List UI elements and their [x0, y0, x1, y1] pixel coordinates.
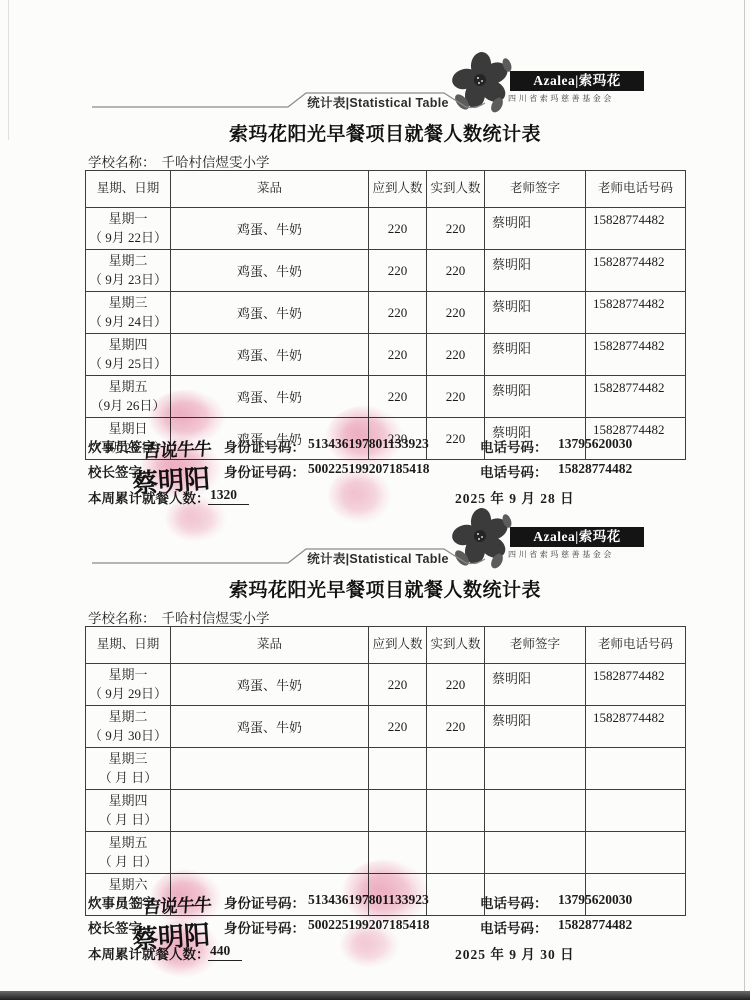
brand-badge: Azalea|索玛花	[510, 527, 644, 547]
cell-actual: 220	[427, 376, 485, 418]
cell-teacher-signature: 蔡明阳	[485, 250, 586, 292]
statistical-table-banner: 统计表|Statistical Table	[88, 546, 488, 568]
cell-expected: 220	[369, 706, 427, 748]
cell-teacher-signature: 蔡明阳	[485, 376, 586, 418]
cook-phone-number: 13795620030	[558, 436, 632, 452]
cell-teacher-signature	[485, 748, 586, 790]
col-header-teacher-sign: 老师签字	[485, 627, 586, 664]
table-row: 星期一（ 9月 29日） 鸡蛋、牛奶 220 220 蔡明阳 158287744…	[86, 664, 686, 706]
cell-actual: 220	[427, 334, 485, 376]
fingerprint-stamp	[342, 860, 430, 926]
cell-teacher-signature: 蔡明阳	[485, 208, 586, 250]
cell-actual: 220	[427, 208, 485, 250]
cell-teacher-phone: 15828774482	[586, 376, 686, 418]
col-header-expected: 应到人数	[369, 171, 427, 208]
cell-date: （ 9月 30日）	[87, 727, 169, 745]
school-name-line: 学校名称：千哈村信煜雯小学	[88, 607, 270, 627]
cell-teacher-signature: 蔡明阳	[485, 706, 586, 748]
table-row: 星期一（ 9月 22日） 鸡蛋、牛奶 220 220 蔡明阳 158287744…	[86, 208, 686, 250]
cell-actual: 220	[427, 250, 485, 292]
cell-teacher-signature: 蔡明阳	[485, 334, 586, 376]
cell-expected: 220	[369, 292, 427, 334]
cell-expected	[369, 748, 427, 790]
cell-teacher-phone: 15828774482	[586, 250, 686, 292]
cell-day: 星期一	[87, 210, 169, 228]
cell-expected: 220	[369, 208, 427, 250]
table-row: 星期四（ 月 日）	[86, 790, 686, 832]
school-label: 学校名称：	[88, 155, 156, 170]
cell-actual	[427, 832, 485, 874]
school-name: 千哈村信煜雯小学	[162, 611, 270, 626]
table-row: 星期二（ 9月 23日） 鸡蛋、牛奶 220 220 蔡明阳 158287744…	[86, 250, 686, 292]
id-label: 身份证号码：	[224, 892, 305, 912]
table-row: 星期四（ 9月 25日） 鸡蛋、牛奶 220 220 蔡明阳 158287744…	[86, 334, 686, 376]
cell-actual: 220	[427, 292, 485, 334]
cell-teacher-phone: 15828774482	[586, 706, 686, 748]
fingerprint-stamp	[148, 390, 226, 445]
org-name: 四川省索玛慈善基金会	[508, 93, 658, 104]
cell-actual: 220	[427, 664, 485, 706]
form-date: 2025 年 9 月 30 日	[455, 943, 575, 963]
cell-dish: 鸡蛋、牛奶	[171, 250, 369, 292]
scan-edge-artifact	[8, 0, 9, 140]
col-header-teacher-sign: 老师签字	[485, 171, 586, 208]
cell-expected: 220	[369, 334, 427, 376]
cell-actual	[427, 790, 485, 832]
cell-teacher-signature: 蔡明阳	[485, 664, 586, 706]
fingerprint-stamp	[326, 406, 404, 468]
cell-day: 星期五	[87, 834, 169, 852]
phone-label: 电话号码：	[480, 892, 548, 912]
cell-teacher-phone: 15828774482	[586, 292, 686, 334]
scan-edge-shadow	[0, 991, 750, 1000]
school-label: 学校名称：	[88, 611, 156, 626]
cell-expected: 220	[369, 250, 427, 292]
cell-date: （ 月 日）	[87, 811, 169, 829]
col-header-teacher-phone: 老师电话号码	[586, 627, 686, 664]
id-label: 身份证号码：	[224, 461, 305, 481]
cell-dish: 鸡蛋、牛奶	[171, 208, 369, 250]
cell-dish	[171, 748, 369, 790]
cell-teacher-phone	[586, 748, 686, 790]
cell-date: （ 9月 22日）	[87, 229, 169, 247]
cell-day: 星期二	[87, 252, 169, 270]
col-header-day-date: 星期、日期	[86, 627, 171, 664]
school-name: 千哈村信煜雯小学	[162, 155, 270, 170]
cell-dish	[171, 832, 369, 874]
cell-teacher-signature: 蔡明阳	[485, 292, 586, 334]
banner-label: 统计表|Statistical Table	[292, 93, 464, 111]
school-name-line: 学校名称：千哈村信煜雯小学	[88, 151, 270, 171]
cell-actual: 220	[427, 706, 485, 748]
scanned-document-page: Azalea|索玛花 四川省索玛慈善基金会 统计表|Statistical Ta…	[0, 0, 750, 1000]
cell-teacher-phone: 15828774482	[586, 664, 686, 706]
cell-teacher-phone: 15828774482	[586, 334, 686, 376]
cell-date: （ 9月 24日）	[87, 313, 169, 331]
fingerprint-stamp	[165, 496, 227, 542]
cell-date: （ 月 日）	[87, 853, 169, 871]
table-row: 星期三（ 月 日）	[86, 748, 686, 790]
fingerprint-stamp	[328, 468, 392, 524]
cell-expected	[369, 790, 427, 832]
cell-day: 星期五	[87, 378, 169, 396]
table-row: 星期二（ 9月 30日） 鸡蛋、牛奶 220 220 蔡明阳 158287744…	[86, 706, 686, 748]
col-header-expected: 应到人数	[369, 627, 427, 664]
org-name: 四川省索玛慈善基金会	[508, 549, 658, 560]
cell-day: 星期四	[87, 336, 169, 354]
cell-teacher-phone: 15828774482	[586, 208, 686, 250]
header-row: 星期、日期 菜品 应到人数 实到人数 老师签字 老师电话号码	[86, 171, 686, 208]
id-label: 身份证号码：	[224, 917, 305, 937]
cell-teacher-phone	[586, 790, 686, 832]
banner-label: 统计表|Statistical Table	[292, 549, 464, 567]
principal-phone-number: 15828774482	[558, 461, 632, 477]
form-title: 索玛花阳光早餐项目就餐人数统计表	[85, 119, 685, 146]
cell-date: （ 月 日）	[87, 769, 169, 787]
col-header-day-date: 星期、日期	[86, 171, 171, 208]
id-label: 身份证号码：	[224, 436, 305, 456]
form-title: 索玛花阳光早餐项目就餐人数统计表	[85, 575, 685, 602]
cell-teacher-signature	[485, 790, 586, 832]
col-header-dish: 菜品	[171, 627, 369, 664]
cell-date: （ 9月 29日）	[87, 685, 169, 703]
cell-day: 星期三	[87, 750, 169, 768]
principal-phone-number: 15828774482	[558, 917, 632, 933]
cell-dish: 鸡蛋、牛奶	[171, 664, 369, 706]
cell-dish: 鸡蛋、牛奶	[171, 706, 369, 748]
form-date: 2025 年 9 月 28 日	[455, 487, 575, 507]
cell-dish: 鸡蛋、牛奶	[171, 292, 369, 334]
cell-teacher-phone	[586, 832, 686, 874]
cell-expected: 220	[369, 664, 427, 706]
table-row: 星期三（ 9月 24日） 鸡蛋、牛奶 220 220 蔡明阳 158287744…	[86, 292, 686, 334]
cook-phone-number: 13795620030	[558, 892, 632, 908]
cell-day: 星期二	[87, 708, 169, 726]
phone-label: 电话号码：	[480, 917, 548, 937]
cell-day: 星期四	[87, 792, 169, 810]
scan-edge-artifact	[744, 0, 745, 1000]
fingerprint-stamp	[150, 870, 222, 926]
fingerprint-stamp	[340, 922, 400, 968]
col-header-dish: 菜品	[171, 171, 369, 208]
cell-dish	[171, 790, 369, 832]
cell-date: （ 9月 23日）	[87, 271, 169, 289]
header-row: 星期、日期 菜品 应到人数 实到人数 老师签字 老师电话号码	[86, 627, 686, 664]
phone-label: 电话号码：	[480, 436, 548, 456]
brand-badge: Azalea|索玛花	[510, 71, 644, 91]
cell-actual	[427, 748, 485, 790]
cell-date: （ 9月 25日）	[87, 355, 169, 373]
col-header-actual: 实到人数	[427, 171, 485, 208]
col-header-actual: 实到人数	[427, 627, 485, 664]
cell-teacher-signature	[485, 832, 586, 874]
cell-day: 星期三	[87, 294, 169, 312]
cell-dish: 鸡蛋、牛奶	[171, 334, 369, 376]
cell-day: 星期一	[87, 666, 169, 684]
fingerprint-stamp	[146, 920, 220, 978]
statistical-table-banner: 统计表|Statistical Table	[88, 90, 488, 112]
phone-label: 电话号码：	[480, 461, 548, 481]
fingerprint-stamp	[140, 438, 222, 500]
col-header-teacher-phone: 老师电话号码	[586, 171, 686, 208]
